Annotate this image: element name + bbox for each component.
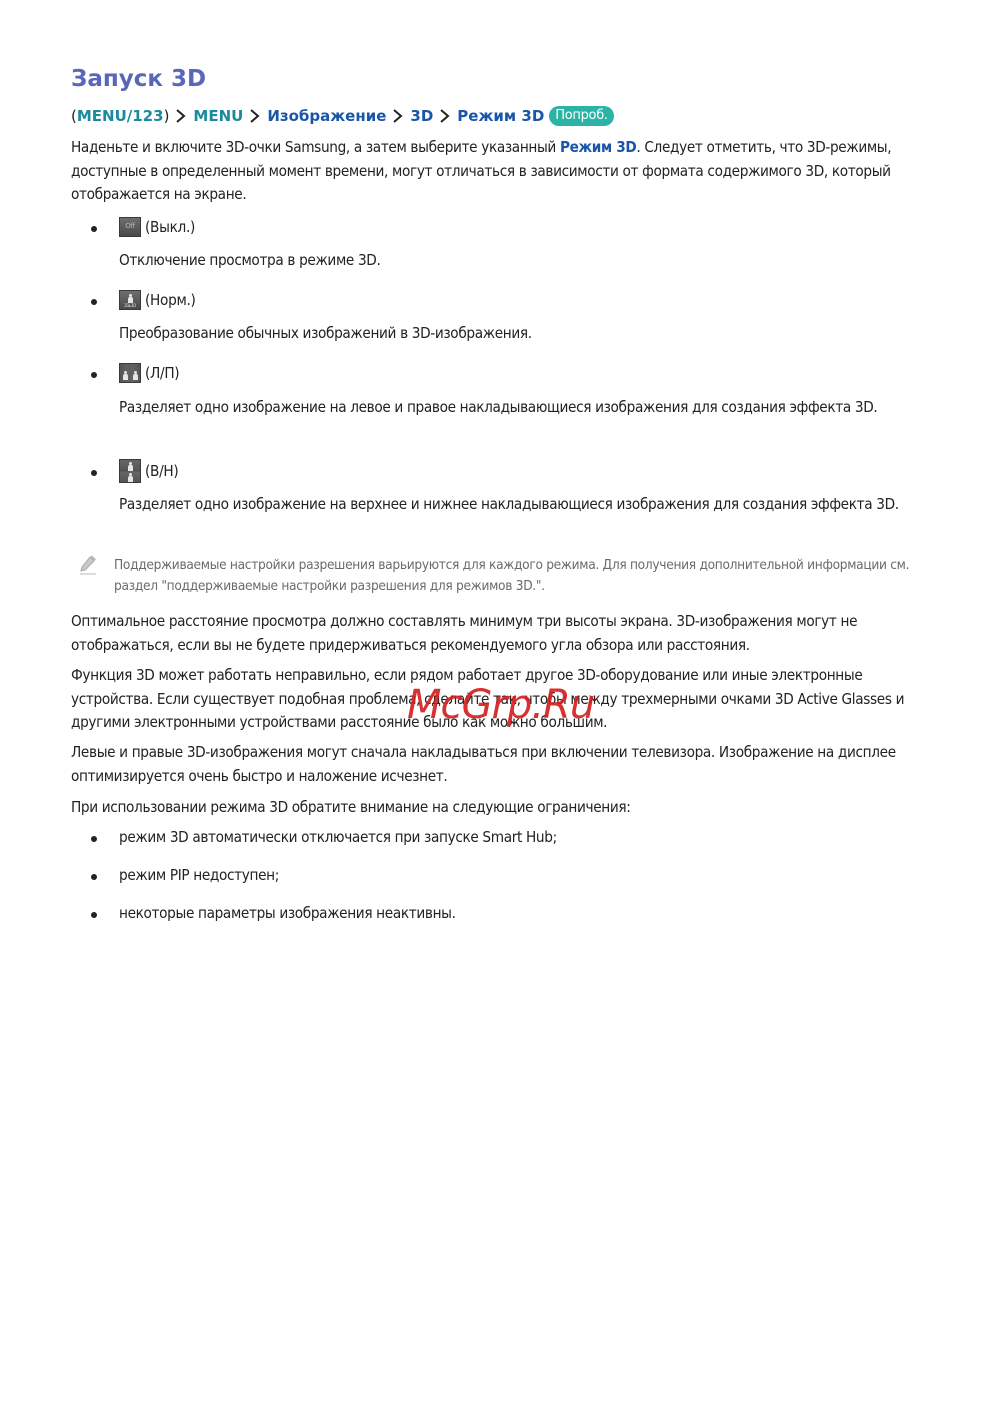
chevron-right-icon [391, 109, 405, 123]
chevron-right-icon [438, 109, 452, 123]
bullet-dot [91, 372, 97, 378]
mode-description: Разделяет одно изображение на верхнее и … [119, 493, 919, 517]
intro-text-before: Наденьте и включите 3D-очки Samsung, а з… [71, 138, 560, 156]
off-icon-text: Off [120, 222, 140, 230]
try-now-button[interactable]: Попроб. [549, 106, 613, 126]
breadcrumb-3d-mode[interactable]: Режим 3D [457, 107, 544, 125]
mode-item-side-by-side: (Л/П) [119, 363, 179, 383]
person-right-icon [133, 374, 138, 380]
pencil-note-icon [79, 555, 97, 575]
intro-paragraph: Наденьте и включите 3D-очки Samsung, а з… [71, 136, 921, 207]
person-bottom-icon [128, 476, 133, 482]
mode-label: (Норм.) [145, 291, 196, 309]
section-title: Запуск 3D [71, 66, 206, 92]
bullet-dot [91, 874, 97, 880]
person-top-icon [128, 465, 133, 471]
restriction-item: некоторые параметры изображения неактивн… [119, 902, 919, 926]
breadcrumb: ( MENU/123 ) MENU Изображение 3D Режим 3… [71, 106, 614, 126]
mode-item-top-bottom: (В/Н) [119, 459, 178, 483]
2d-to-3d-mode-icon: 2D▸3D [119, 290, 141, 310]
bullet-dot [91, 226, 97, 232]
mode-label: (Выкл.) [145, 218, 195, 236]
side-by-side-mode-icon [119, 363, 141, 383]
paragraph-overlap: Левые и правые 3D-изображения могут снач… [71, 741, 921, 788]
chevron-right-icon [174, 109, 188, 123]
off-mode-icon: Off [119, 217, 141, 237]
bullet-dot [91, 470, 97, 476]
breadcrumb-menu-123[interactable]: MENU/123 [77, 107, 164, 125]
mode-description: Преобразование обычных изображений в 3D-… [119, 322, 919, 346]
paragraph-interference: Функция 3D может работать неправильно, е… [71, 664, 921, 735]
mode-item-normal: 2D▸3D (Норм.) [119, 290, 196, 310]
paragraph-viewing-distance: Оптимальное расстояние просмотра должно … [71, 610, 921, 657]
chevron-right-icon [248, 109, 262, 123]
breadcrumb-menu[interactable]: MENU [193, 107, 243, 125]
restriction-item: режим PIP недоступен; [119, 864, 919, 888]
note-text: Поддерживаемые настройки разрешения варь… [114, 555, 914, 597]
mode-description: Разделяет одно изображение на левое и пр… [119, 396, 919, 420]
bullet-dot [91, 836, 97, 842]
restriction-item: режим 3D автоматически отключается при з… [119, 826, 919, 850]
breadcrumb-picture[interactable]: Изображение [267, 107, 386, 125]
breadcrumb-close-paren: ) [164, 107, 170, 125]
bullet-dot [91, 912, 97, 918]
breadcrumb-3d[interactable]: 3D [410, 107, 433, 125]
2d-3d-icon-text: 2D▸3D [121, 303, 139, 308]
mode-label: (В/Н) [145, 462, 178, 480]
intro-3d-mode-link[interactable]: Режим 3D [560, 138, 636, 156]
paragraph-restrictions-intro: При использовании режима 3D обратите вни… [71, 796, 921, 820]
top-bottom-mode-icon [119, 459, 141, 483]
person-left-icon [123, 374, 128, 380]
mode-description: Отключение просмотра в режиме 3D. [119, 249, 919, 273]
mode-item-off: Off (Выкл.) [119, 217, 195, 237]
bullet-dot [91, 299, 97, 305]
mode-label: (Л/П) [145, 364, 179, 382]
